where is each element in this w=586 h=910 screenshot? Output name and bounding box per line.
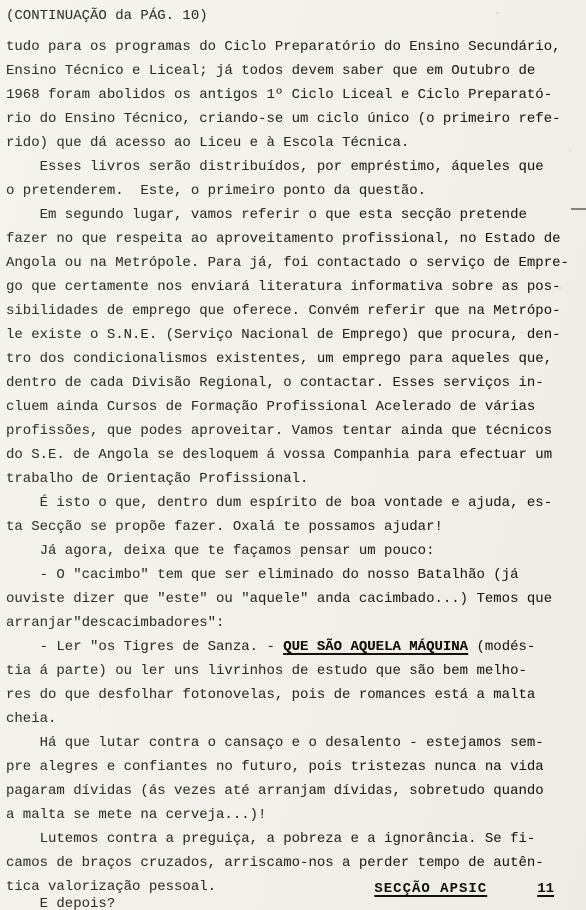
tigres-line-post: (modés- bbox=[468, 639, 535, 655]
continuation-note: (CONTINUAÇÃO da PÁG. 10) bbox=[6, 4, 578, 28]
text-line: ta Secção se propõe fazer. Oxalá te poss… bbox=[6, 515, 578, 539]
text-line-tigres: - Ler "os Tigres de Sanza. - QUE SÃO AQU… bbox=[6, 635, 578, 659]
text-line: pre alegres e confiantes no futuro, pois… bbox=[6, 755, 578, 779]
text-line: pagaram dívidas (ás vezes até arranjam d… bbox=[6, 779, 578, 803]
text-line: go que certamente nos enviará literatura… bbox=[6, 275, 578, 299]
text-line: cluem ainda Cursos de Formação Profissio… bbox=[6, 395, 578, 419]
text-line: camos de braços cruzados, arriscamo-nos … bbox=[6, 851, 578, 875]
text-line: trabalho de Orientação Profissional. bbox=[6, 467, 578, 491]
text-line: profissões, que podes aproveitar. Vamos … bbox=[6, 419, 578, 443]
scan-artifact-dash bbox=[571, 208, 586, 210]
text-line: tro dos condicionalismos existentes, um … bbox=[6, 347, 578, 371]
closing-line: E depois? bbox=[6, 897, 578, 910]
text-line: Lutemos contra a preguiça, a pobreza e a… bbox=[6, 827, 578, 851]
text-line: - O "cacimbo" tem que ser eliminado do n… bbox=[6, 563, 578, 587]
scanned-typewritten-page: (CONTINUAÇÃO da PÁG. 10) tudo para os pr… bbox=[0, 0, 586, 910]
text-line: ouviste dizer que "este" ou "aquele" and… bbox=[6, 587, 578, 611]
text-line: Angola ou na Metrópole. Para já, foi con… bbox=[6, 251, 578, 275]
text-line: tudo para os programas do Ciclo Preparat… bbox=[6, 35, 578, 59]
underlined-emphasis-title: QUE SÃO AQUELA MÁQUINA bbox=[283, 639, 468, 655]
text-line: 1968 foram abolidos os antigos 1º Ciclo … bbox=[6, 83, 578, 107]
text-line: a malta se mete na cerveja...)! bbox=[6, 803, 578, 827]
text-line: sibilidades de emprego que oferece. Conv… bbox=[6, 299, 578, 323]
text-line: le existe o S.N.E. (Serviço Nacional de … bbox=[6, 323, 578, 347]
text-line: rido) que dá acesso ao Liceu e à Escola … bbox=[6, 131, 578, 155]
text-line: fazer no que respeita ao aproveitamento … bbox=[6, 227, 578, 251]
page-number: 11 bbox=[531, 882, 554, 897]
text-line: o pretenderem. Este, o primeiro ponto da… bbox=[6, 179, 578, 203]
text-line: tia á parte) ou ler uns livrinhos de est… bbox=[6, 659, 578, 683]
section-signature: SECÇÃO APSIC bbox=[374, 882, 487, 897]
text-line: É isto o que, dentro dum espírito de boa… bbox=[6, 491, 578, 515]
text-line: Já agora, deixa que te façamos pensar um… bbox=[6, 539, 578, 563]
text-line: res do que desfolhar fotonovelas, pois d… bbox=[6, 683, 578, 707]
text-line: cheia. bbox=[6, 707, 578, 731]
text-line: Em segundo lugar, vamos referir o que es… bbox=[6, 203, 578, 227]
text-line: arranjar"descacimbadores": bbox=[6, 611, 578, 635]
tigres-line-pre: - Ler "os Tigres de Sanza. - bbox=[6, 639, 283, 655]
text-line: dentro de cada Divisão Regional, o conta… bbox=[6, 371, 578, 395]
text-line: Esses livros serão distribuídos, por emp… bbox=[6, 155, 578, 179]
text-line: Ensino Técnico e Liceal; já todos devem … bbox=[6, 59, 578, 83]
text-line: Há que lutar contra o cansaço e o desale… bbox=[6, 731, 578, 755]
text-line: rio do Ensino Técnico, criando-se um cic… bbox=[6, 107, 578, 131]
text-line: do S.E. de Angola se desloquem á vossa C… bbox=[6, 443, 578, 467]
